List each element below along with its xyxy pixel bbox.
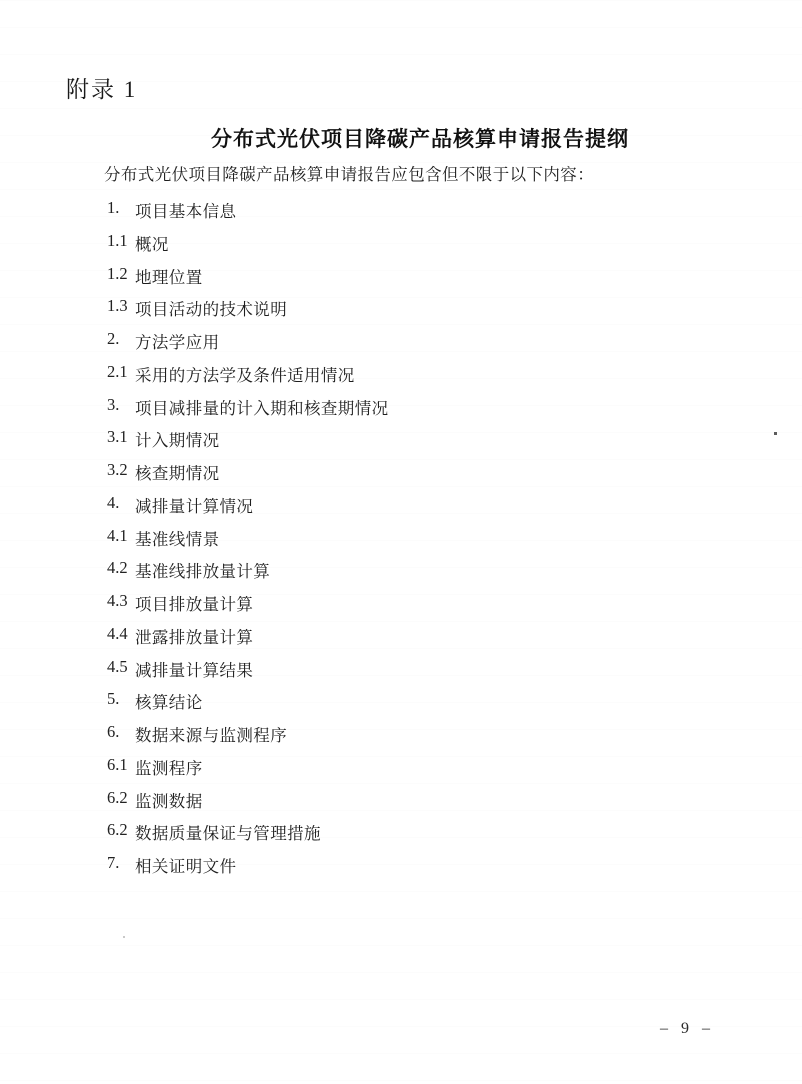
item-number: 1.1 [107, 231, 135, 251]
item-label: 计入期情况 [135, 427, 220, 451]
item-number: 3. [107, 395, 135, 415]
item-number: 1. [107, 198, 135, 218]
scan-speck-faint [123, 936, 125, 938]
item-label: 项目排放量计算 [135, 591, 253, 615]
item-number: 7. [107, 853, 135, 873]
list-item: 5. 核算结论 [107, 684, 727, 717]
item-label: 监测程序 [135, 755, 203, 779]
item-label: 采用的方法学及条件适用情况 [135, 362, 355, 386]
list-item: 2. 方法学应用 [107, 324, 727, 357]
list-item: 1.1 概况 [107, 226, 727, 259]
intro-paragraph: 分布式光伏项目降碳产品核算申请报告应包含但不限于以下内容： [104, 161, 594, 185]
item-label: 概况 [135, 231, 169, 255]
item-label: 监测数据 [135, 788, 203, 812]
item-number: 4.2 [107, 558, 135, 578]
item-number: 3.1 [107, 427, 135, 447]
list-item: 6. 数据来源与监测程序 [107, 717, 727, 750]
item-number: 1.2 [107, 264, 135, 284]
item-label: 项目减排量的计入期和核查期情况 [135, 395, 389, 419]
page-number: – 9 – [660, 1020, 711, 1038]
list-item: 1. 项目基本信息 [107, 193, 727, 226]
page-title: 分布式光伏项目降碳产品核算申请报告提纲 [0, 123, 802, 153]
page-number-text: – 9 – [660, 1020, 711, 1037]
item-number: 4.3 [107, 591, 135, 611]
item-number: 4. [107, 493, 135, 513]
outline-list: 1. 项目基本信息 1.1 概况 1.2 地理位置 1.3 项目活动的技术说明 … [107, 193, 727, 881]
item-label: 数据来源与监测程序 [135, 722, 287, 746]
list-item: 1.2 地理位置 [107, 259, 727, 292]
item-number: 6. [107, 722, 135, 742]
item-label: 项目基本信息 [135, 198, 236, 222]
item-label: 方法学应用 [135, 329, 220, 353]
item-label: 泄露排放量计算 [135, 624, 253, 648]
list-item: 6.1 监测程序 [107, 750, 727, 783]
list-item: 6.2 数据质量保证与管理措施 [107, 815, 727, 848]
document-page: 附录 1 分布式光伏项目降碳产品核算申请报告提纲 分布式光伏项目降碳产品核算申请… [0, 0, 802, 1084]
list-item: 3. 项目减排量的计入期和核查期情况 [107, 390, 727, 423]
item-label: 减排量计算情况 [135, 493, 253, 517]
item-number: 4.4 [107, 624, 135, 644]
item-number: 6.2 [107, 788, 135, 808]
list-item: 7. 相关证明文件 [107, 848, 727, 881]
item-number: 4.1 [107, 526, 135, 546]
item-number: 1.3 [107, 296, 135, 316]
list-item: 3.1 计入期情况 [107, 422, 727, 455]
item-number: 6.1 [107, 755, 135, 775]
list-item: 4.1 基准线情景 [107, 521, 727, 554]
list-item: 3.2 核查期情况 [107, 455, 727, 488]
list-item: 1.3 项目活动的技术说明 [107, 291, 727, 324]
list-item: 4.4 泄露排放量计算 [107, 619, 727, 652]
list-item: 6.2 监测数据 [107, 783, 727, 816]
scan-speck-dark [774, 432, 777, 435]
item-number: 4.5 [107, 657, 135, 677]
item-number: 2.1 [107, 362, 135, 382]
list-item: 2.1 采用的方法学及条件适用情况 [107, 357, 727, 390]
item-number: 2. [107, 329, 135, 349]
item-label: 项目活动的技术说明 [135, 296, 287, 320]
item-number: 5. [107, 689, 135, 709]
item-label: 数据质量保证与管理措施 [135, 820, 321, 844]
item-label: 核查期情况 [135, 460, 220, 484]
item-label: 基准线情景 [135, 526, 220, 550]
item-number: 3.2 [107, 460, 135, 480]
list-item: 4. 减排量计算情况 [107, 488, 727, 521]
appendix-label: 附录 1 [66, 71, 137, 104]
list-item: 4.2 基准线排放量计算 [107, 553, 727, 586]
list-item: 4.3 项目排放量计算 [107, 586, 727, 619]
list-item: 4.5 减排量计算结果 [107, 652, 727, 685]
item-label: 减排量计算结果 [135, 657, 253, 681]
item-label: 地理位置 [135, 264, 203, 288]
item-label: 核算结论 [135, 689, 203, 713]
item-label: 相关证明文件 [135, 853, 236, 877]
item-number: 6.2 [107, 820, 135, 840]
item-label: 基准线排放量计算 [135, 558, 270, 582]
